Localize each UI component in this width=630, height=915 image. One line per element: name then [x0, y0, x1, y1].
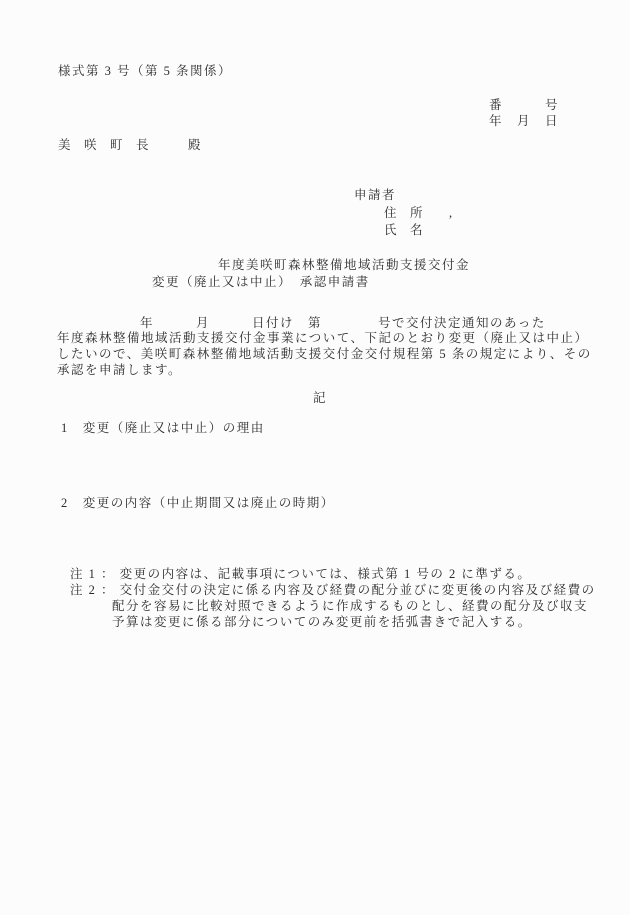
body-line-2: 年度森林整備地域活動支援交付金事業について、下記のとおり変更（廃止又は中止） [57, 331, 589, 346]
doc-number-line: 番 号 [489, 98, 559, 113]
addressee-line: 美 咲 町 長 殿 [58, 138, 201, 153]
applicant-label: 申請者 [354, 188, 396, 203]
item-2-heading: 2 変更の内容（中止期間又は廃止の時期） [61, 496, 335, 511]
body-line-4: 承認を申請します。 [57, 363, 182, 378]
item-1-heading: 1 変更（廃止又は中止）の理由 [61, 421, 265, 436]
title-line-2: 変更（廃止又は中止） 承認申請書 [152, 275, 370, 290]
body-line-3: したいので、美咲町森林整備地域活動支援交付金交付規程第 5 条の規定により、その [57, 347, 592, 362]
title-line-1: 年度美咲町森林整備地域活動支援交付金 [218, 258, 470, 273]
document-page: 様式第 3 号（第 5 条関係） 番 号 年 月 日 美 咲 町 長 殿 申請者… [0, 0, 630, 915]
applicant-address-label: 住 所 , [384, 206, 453, 221]
doc-date-line: 年 月 日 [489, 114, 559, 129]
form-number-label: 様式第 3 号（第 5 条関係） [58, 64, 232, 79]
note-2-line-3: 予算は変更に係る部分についてのみ変更前を括弧書きで記入する。 [112, 615, 532, 630]
note-1: 注 1 ： 変更の内容は、記載事項については、様式第 1 号の 2 に準ずる。 [70, 567, 531, 582]
applicant-name-label: 氏 名 [384, 223, 423, 238]
ki-marker: 記 [313, 391, 327, 406]
body-line-1: 年 月 日付け 第 号で交付決定通知のあった [140, 316, 546, 331]
note-2-line-2: 配分を容易に比較対照できるように作成するものとし、経費の配分及び収支 [112, 599, 588, 614]
note-2-line-1: 注 2 ： 交付金交付の決定に係る内容及び経費の配分並びに変更後の内容及び経費の [70, 583, 596, 598]
